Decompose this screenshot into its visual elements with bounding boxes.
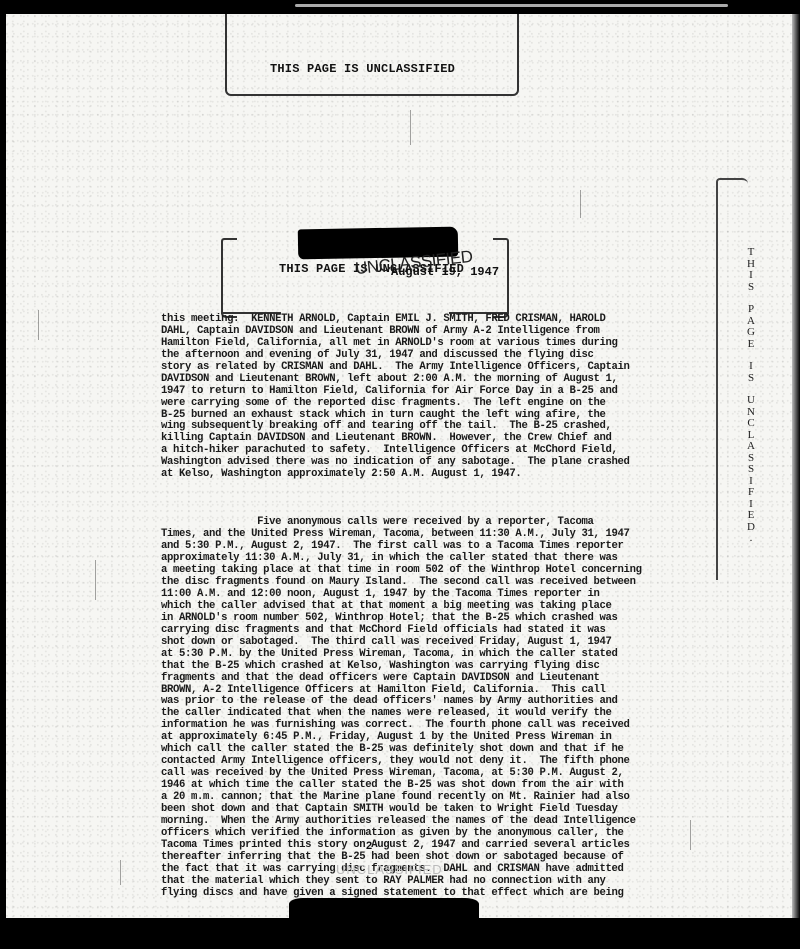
vertical-letter: P — [745, 304, 757, 316]
scan-scratch — [410, 110, 411, 145]
vertical-letter: S — [745, 282, 757, 294]
text-line: in ARNOLD's room number 502, Winthrop Ho… — [161, 613, 651, 625]
top-stamp-frame — [225, 14, 519, 96]
text-line: were carrying some of the reported disc … — [161, 398, 651, 410]
vertical-letter: G — [745, 327, 757, 339]
vertical-letter: U — [745, 395, 757, 407]
scan-scratch — [580, 190, 581, 218]
text-line: which the caller advised that at that mo… — [161, 601, 651, 613]
text-line: 1947 to return to Hamilton Field, Califo… — [161, 386, 651, 398]
scan-artifact-streak — [295, 4, 728, 7]
document-date: August 19, 1947 — [391, 265, 499, 279]
bottom-redaction-bar — [289, 898, 479, 924]
vertical-letter: F — [745, 487, 757, 499]
paragraph-2: Five anonymous calls were received by a … — [161, 517, 651, 900]
vertical-letter: . — [745, 533, 757, 545]
vertical-letter: S — [745, 464, 757, 476]
vertical-letter: A — [745, 441, 757, 453]
text-line: DAVIDSON and Lieutenant BROWN, left abou… — [161, 374, 651, 386]
text-line: story as related by CRISMAN and DAHL. Th… — [161, 362, 651, 374]
faint-unclassified-stamp: UNCLASSIFIED — [336, 862, 443, 877]
vertical-letter: I — [745, 361, 757, 373]
top-classification-label: THIS PAGE IS UNCLASSIFIED — [270, 62, 455, 76]
text-line: that the material which they sent to RAY… — [161, 876, 651, 888]
page-number: 2 — [366, 840, 372, 852]
vertical-letter: S — [745, 373, 757, 385]
vertical-letter: C — [745, 418, 757, 430]
text-line: that the B-25 which crashed at Kelso, Wa… — [161, 661, 651, 673]
text-line: Hamilton Field, California, all met in A… — [161, 338, 651, 350]
scan-scratch — [95, 560, 96, 600]
text-line: at Kelso, Washington approximately 2:50 … — [161, 469, 651, 481]
scan-scratch — [38, 310, 39, 340]
text-line: fragments and that the dead officers wer… — [161, 673, 651, 685]
text-line: the afternoon and evening of July 31, 19… — [161, 350, 651, 362]
vertical-letter: I — [745, 270, 757, 282]
text-line: shot down or sabotaged. The third call w… — [161, 637, 651, 649]
document-body: this meeting. KENNETH ARNOLD, Captain EM… — [161, 290, 651, 912]
scan-edge-shadow — [792, 14, 800, 918]
side-stamp-frame — [716, 178, 748, 580]
text-line: at 5:30 P.M. by the United Press Wireman… — [161, 649, 651, 661]
paragraph-1: this meeting. KENNETH ARNOLD, Captain EM… — [161, 314, 651, 481]
vertical-letter: E — [745, 510, 757, 522]
vertical-letter: E — [745, 339, 757, 351]
scan-scratch — [120, 860, 121, 885]
vertical-letter: T — [745, 247, 757, 259]
vertical-classification-label: THISPAGEISUNCLASSIFIED. — [745, 247, 757, 545]
scan-scratch — [690, 820, 691, 850]
text-line: carrying disc fragments and that McChord… — [161, 625, 651, 637]
